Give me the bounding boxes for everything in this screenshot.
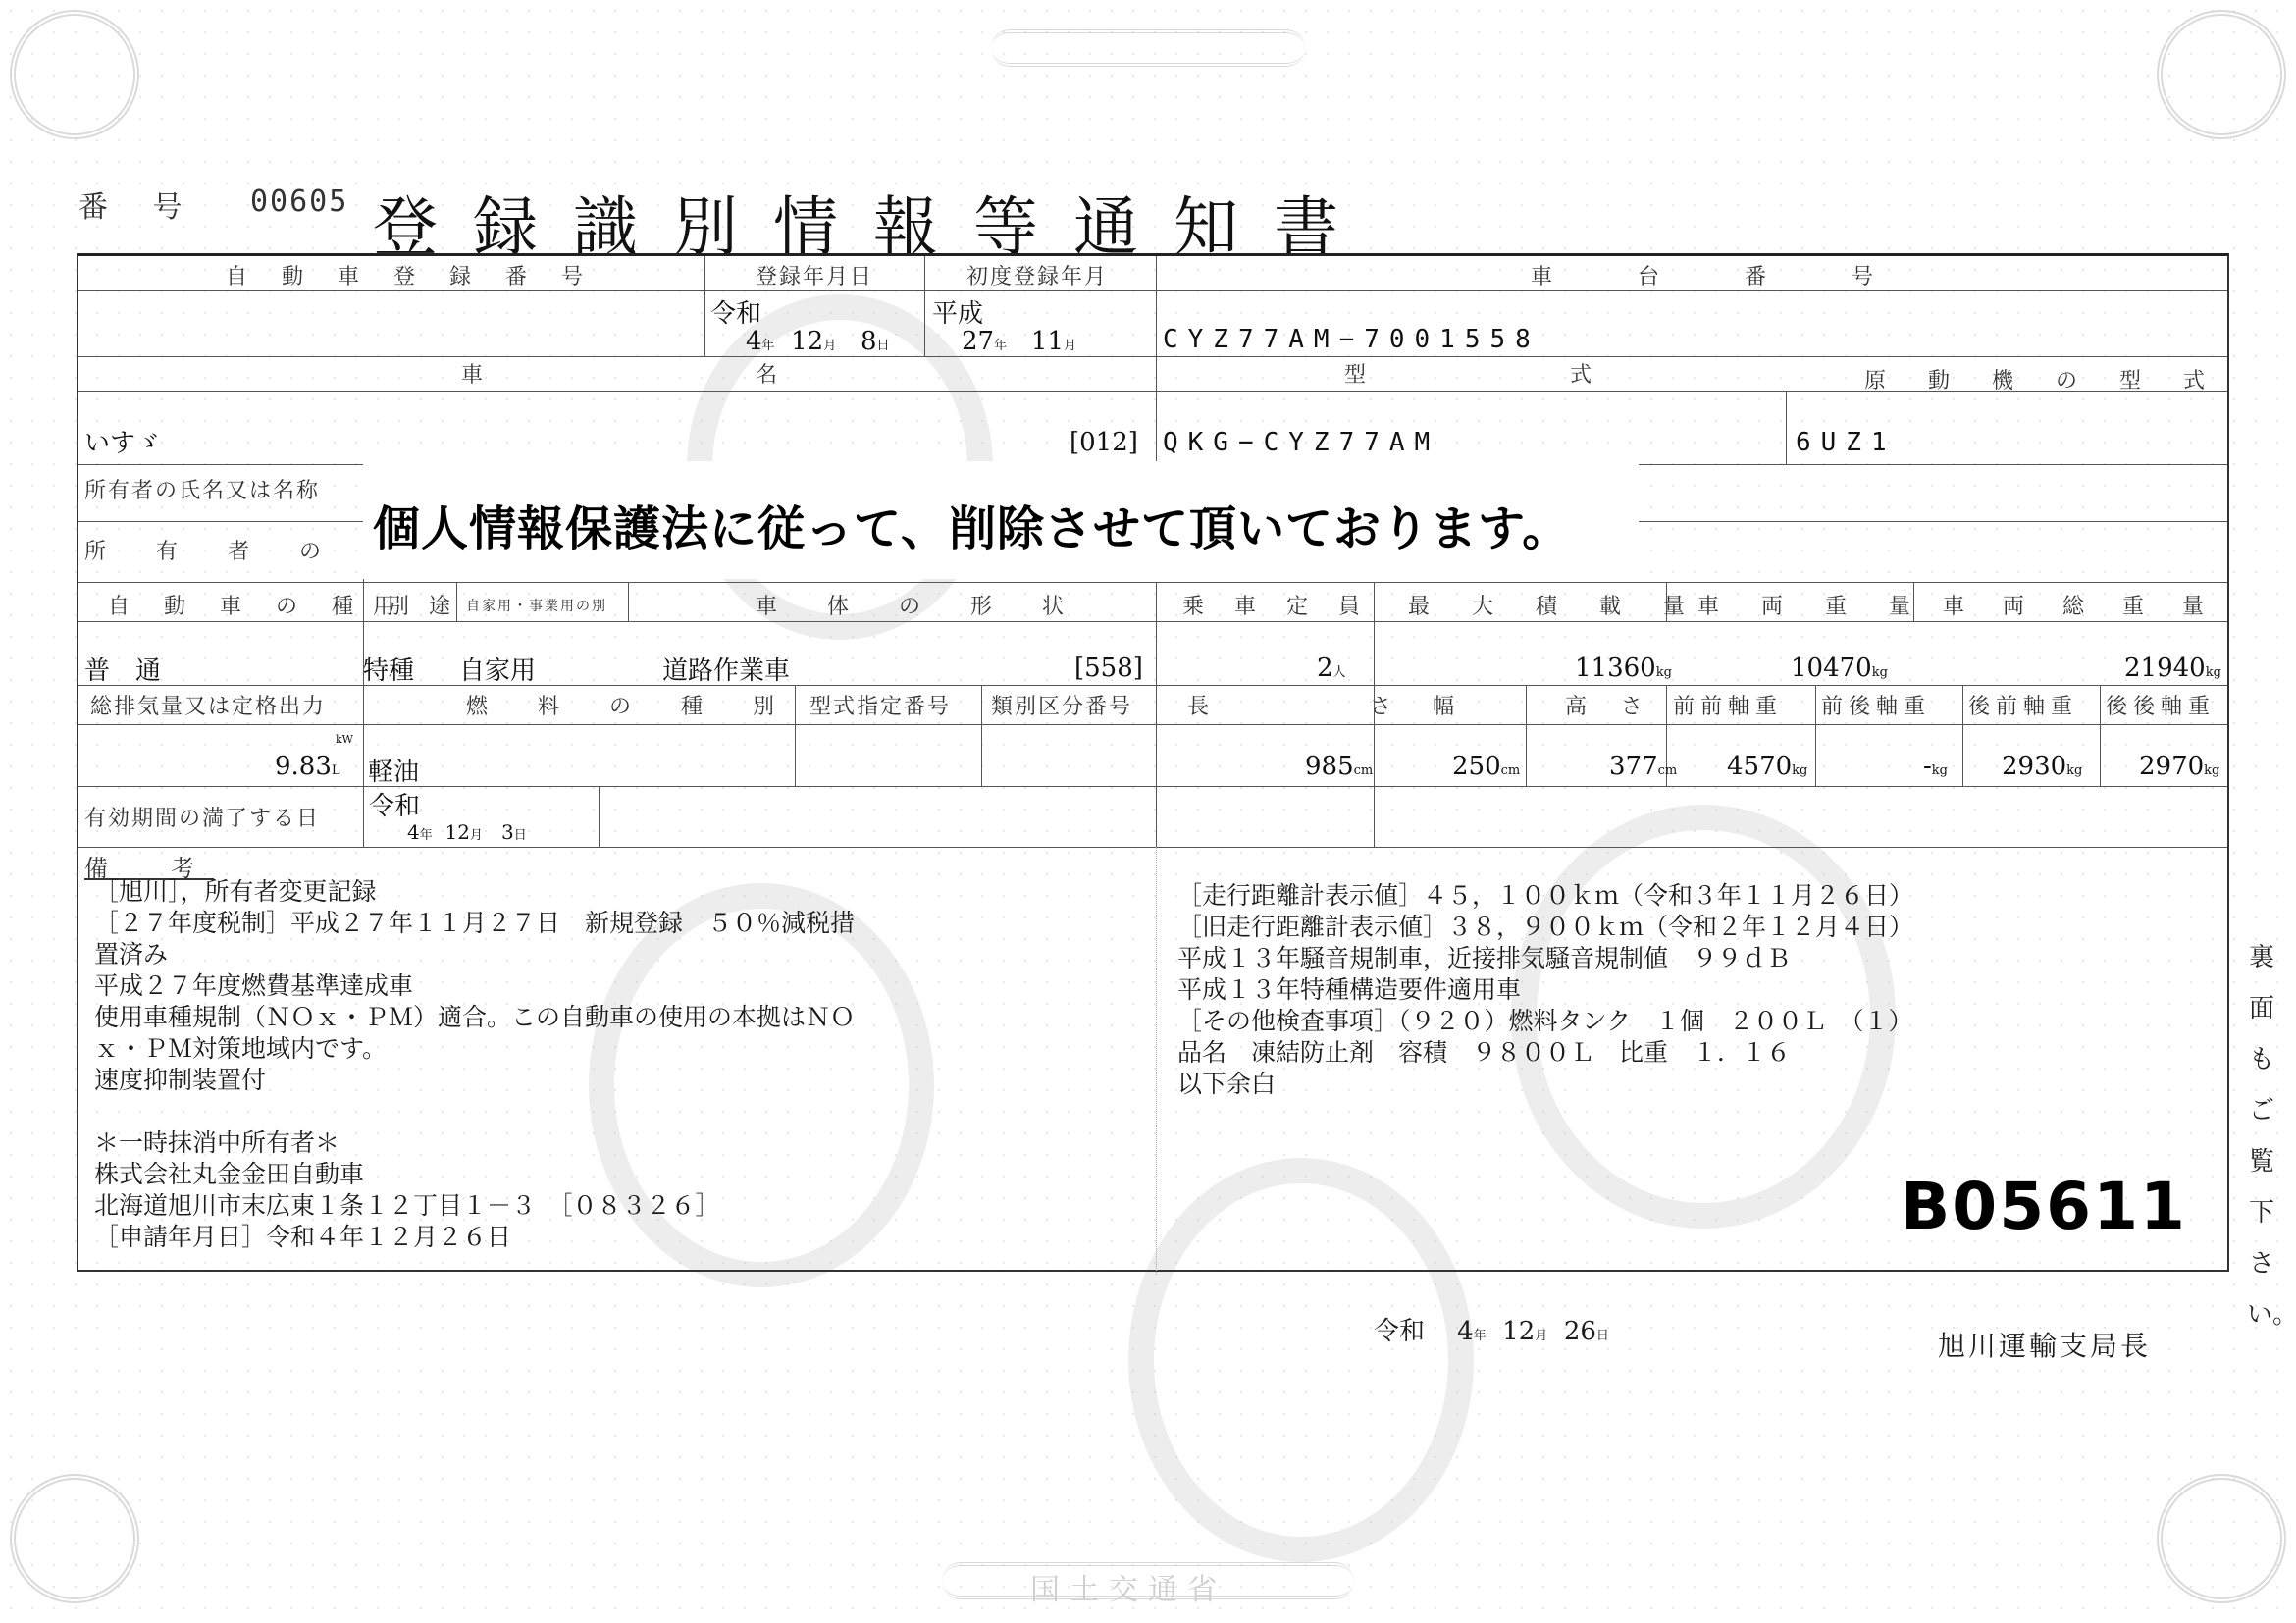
- remarks-right: ［走行距離計表示値］４５，１００ｋｍ（令和３年１１月２６日）［旧走行距離計表示値…: [1177, 880, 1913, 1100]
- remarks-line: 株式会社丸金金田自動車: [94, 1159, 855, 1190]
- first-registration-label: 初度登録年月: [966, 260, 1108, 290]
- remarks-line: 平成１３年騒音規制車，近接排気騒音規制値 ９９ｄＢ: [1177, 943, 1913, 974]
- car-name-label-2: 名: [756, 358, 791, 389]
- remarks-left: ［旭川］，所有者変更記録［２７年度税制］平成２７年１１月２７日 新規登録 ５０％…: [94, 876, 855, 1253]
- ff-axle: 4570kg: [1727, 752, 1807, 781]
- private-business-label: 自家用・事業用の別: [466, 596, 607, 615]
- engine-model: 6UZ1: [1796, 428, 1897, 457]
- model: QKG−CYZ77AM: [1163, 428, 1439, 457]
- remarks-line: ［旧走行距離計表示値］３８，９００ｋｍ（令和２年１２月４日）: [1177, 912, 1913, 943]
- car-name: いすゞ: [84, 423, 161, 459]
- car-name-label: 車: [461, 358, 496, 389]
- registration-date-value: 4年 12月 8日: [746, 327, 890, 356]
- remarks-line: 品名 凍結防止剤 容積 ９８００Ｌ 比重 １．１６: [1177, 1037, 1913, 1069]
- expiry-label: 有効期間の満了する日: [84, 802, 320, 832]
- gross-weight-label: 車 両 総 重 量: [1943, 590, 2219, 620]
- document-number: 00605: [250, 184, 348, 219]
- owner-name-label: 所有者の氏名又は名称: [84, 474, 320, 504]
- length-label: 長 さ: [1187, 690, 1431, 720]
- body-shape: 道路作業車: [662, 651, 790, 687]
- remarks-line: 置済み: [94, 939, 855, 970]
- body-shape-label: 車 体 の 形 状: [756, 590, 1085, 620]
- rf-axle-label: 後前軸重: [1968, 690, 2078, 720]
- model-code: [012]: [1070, 428, 1138, 457]
- engine-model-label: 原 動 機 の 型 式: [1864, 364, 2222, 394]
- width: 250cm: [1452, 752, 1520, 781]
- body-shape-code: [558]: [1074, 654, 1143, 683]
- first-registration-era: 平成: [932, 293, 983, 330]
- footer-seal-text: 国土交通省: [1030, 1565, 1226, 1608]
- redaction-notice: 個人情報保護法に従って、削除させて頂いております。: [373, 491, 1570, 558]
- corner-ornament-icon: [2157, 10, 2286, 139]
- model-label: 型: [1344, 358, 1380, 389]
- capacity: 2人: [1317, 654, 1346, 683]
- remarks-line: ［走行距離計表示値］４５，１００ｋｍ（令和３年１１月２６日）: [1177, 880, 1913, 912]
- remarks-line: 平成１３年特種構造要件適用車: [1177, 974, 1913, 1006]
- vehicle-kind: 普 通: [84, 651, 161, 687]
- height: 377cm: [1609, 752, 1677, 781]
- fr-axle-label: 前後軸重: [1821, 690, 1931, 720]
- chassis-number: CYZ77AM−7001558: [1163, 325, 1540, 354]
- length: 985cm: [1305, 752, 1373, 781]
- issue-date: 令和 4年 12月 26日: [1374, 1311, 1609, 1347]
- corner-ornament-icon: [10, 10, 139, 139]
- remarks-line: ［申請年月日］令和４年１２月２６日: [94, 1222, 855, 1253]
- document-number-label: 番 号: [78, 183, 200, 226]
- remarks-line: ｘ・ＰＭ対策地域内です。: [94, 1033, 855, 1065]
- displacement-unit-kw: kW: [336, 733, 353, 746]
- max-load-label: 最 大 積 載 量: [1408, 590, 1702, 620]
- expiry-era: 令和: [369, 786, 420, 822]
- remarks-line: ＊一時抹消中所有者＊: [94, 1127, 855, 1159]
- max-load: 11360kg: [1575, 654, 1672, 683]
- fuel: 軽油: [368, 752, 419, 788]
- remarks-line: 速度抑制装置付: [94, 1065, 855, 1096]
- height-label: 高 さ: [1565, 690, 1656, 720]
- remarks-line: 以下余白: [1177, 1069, 1913, 1100]
- displacement: 9.83L: [275, 752, 340, 781]
- side-note: 裏面もご覧下さい。: [2247, 932, 2276, 1340]
- vehicle-weight: 10470kg: [1791, 654, 1888, 683]
- capacity-label: 乗 車 定 員: [1182, 590, 1372, 620]
- remarks-line: [94, 1096, 855, 1127]
- remarks-line: ［２７年度税制］平成２７年１１月２７日 新規登録 ５０％減税措: [94, 908, 855, 939]
- remarks-line: 平成２７年度燃費基準達成車: [94, 970, 855, 1002]
- top-ornament-icon: [991, 29, 1305, 67]
- type-designation-label: 型式指定番号: [809, 690, 951, 720]
- registration-date-label: 登録年月日: [756, 260, 873, 290]
- registration-date-era: 令和: [710, 293, 761, 330]
- usage-label: 用 途: [373, 590, 464, 620]
- first-registration-value: 27年 11月: [962, 327, 1076, 356]
- displacement-label: 総排気量又は定格出力: [90, 690, 326, 720]
- remarks-line: 北海道旭川市末広東１条１２丁目１－３ ［０８３２６］: [94, 1190, 855, 1222]
- category-number-label: 類別区分番号: [991, 690, 1132, 720]
- corner-ornament-icon: [10, 1474, 139, 1603]
- fuel-label: 燃 料 の 種 別: [466, 690, 796, 720]
- usage: 特種: [363, 651, 414, 687]
- rr-axle: 2970kg: [2139, 752, 2219, 781]
- fr-axle: -kg: [1923, 752, 1948, 781]
- rr-axle-label: 後後軸重: [2106, 690, 2216, 720]
- remarks-line: ［旭川］，所有者変更記録: [94, 876, 855, 908]
- vehicle-weight-label: 車 両 重 量: [1697, 590, 1928, 620]
- width-label: 幅: [1433, 690, 1468, 720]
- chassis-number-label: 車 台 番 号: [1531, 260, 1912, 290]
- gross-weight: 21940kg: [2124, 654, 2221, 683]
- remarks-line: ［その他検査事項］（９２０）燃料タンク １個 ２００Ｌ （１）: [1177, 1006, 1913, 1037]
- registration-number-label: 自 動 車 登 録 番 号: [226, 260, 597, 290]
- remarks-line: 使用車種規制（ＮＯｘ・ＰＭ）適合。この自動車の使用の本拠はＮＯ: [94, 1002, 855, 1033]
- rf-axle: 2930kg: [2002, 752, 2082, 781]
- stock-code: B05611: [1901, 1169, 2187, 1244]
- ff-axle-label: 前前軸重: [1673, 690, 1783, 720]
- registration-table: 自 動 車 登 録 番 号 登録年月日 初度登録年月 車 台 番 号 令和 4年…: [77, 253, 2229, 1272]
- corner-ornament-icon: [2157, 1474, 2286, 1603]
- model-label-2: 式: [1570, 358, 1605, 389]
- expiry-date: 4年 12月 3日: [407, 820, 527, 844]
- issuer: 旭川運輸支局長: [1938, 1325, 2151, 1364]
- private-business: 自家用: [459, 651, 536, 687]
